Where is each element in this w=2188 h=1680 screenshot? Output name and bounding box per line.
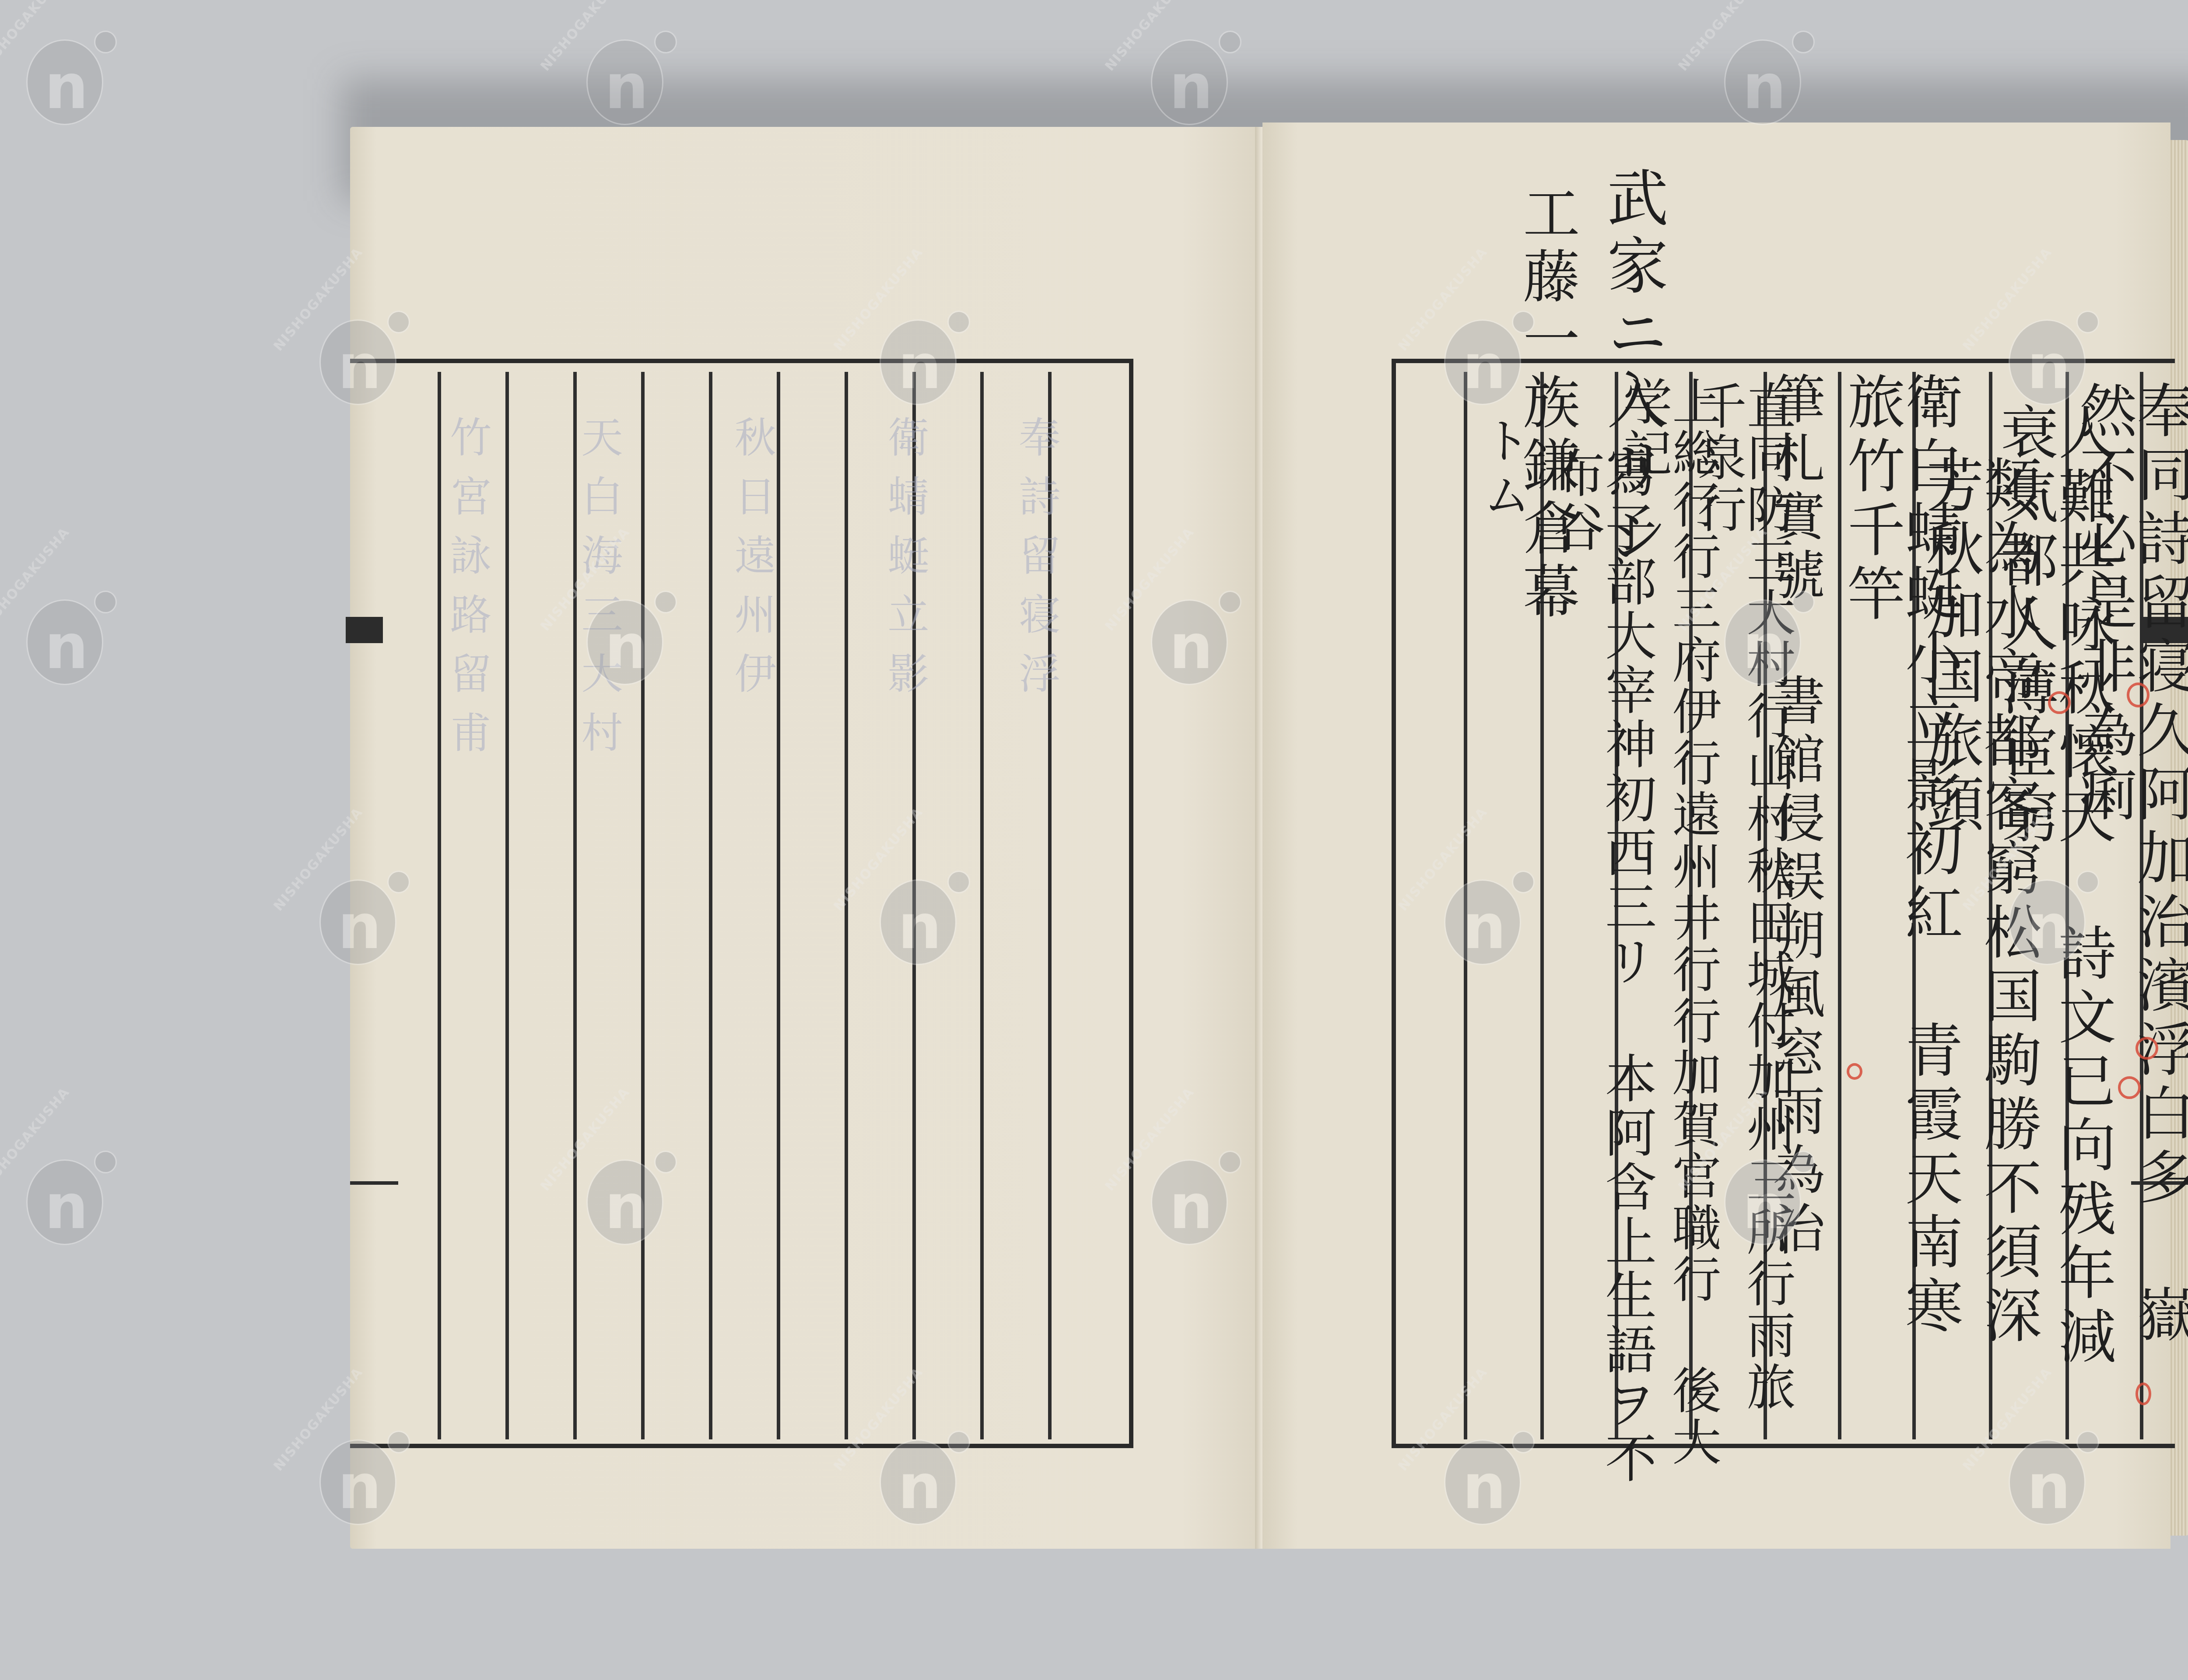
text-column-4: 衛白蜻蜓小立影初紅 青霞天南寒旅竹千竿: [1842, 372, 1958, 1378]
red-seal-mark: [2118, 1076, 2141, 1099]
nishogakusha-watermark-icon: nNISHOGAKUSHA: [1711, 582, 1812, 682]
column-rule: [709, 372, 712, 1439]
nishogakusha-watermark-icon: nNISHOGAKUSHA: [1431, 1422, 1532, 1522]
nishogakusha-watermark-icon: nNISHOGAKUSHA: [306, 1422, 407, 1522]
left-page-bleed-through-text: 秋日遠州伊: [722, 416, 782, 1378]
text-column-8: 寫子部大宰神初西三リ 本阿含上生語ヲ不布谷: [1549, 446, 1652, 1496]
red-seal-mark: [2135, 1037, 2158, 1060]
nishogakusha-watermark-icon: nNISHOGAKUSHA: [1138, 582, 1238, 682]
nishogakusha-watermark-icon: nNISHOGAKUSHA: [1995, 862, 2096, 962]
nishogakusha-watermark-icon: nNISHOGAKUSHA: [13, 582, 114, 682]
column-rule: [641, 372, 645, 1439]
nishogakusha-watermark-icon: nNISHOGAKUSHA: [1995, 1422, 2096, 1522]
nishogakusha-watermark-icon: nNISHOGAKUSHA: [13, 1142, 114, 1242]
red-seal-mark: [2135, 1382, 2151, 1405]
nishogakusha-watermark-icon: nNISHOGAKUSHA: [306, 302, 407, 402]
left-page-tab-marker-lower: [350, 1181, 398, 1185]
left-page-tab-marker: [346, 617, 383, 643]
nishogakusha-watermark-icon: nNISHOGAKUSHA: [13, 22, 114, 122]
nishogakusha-watermark-icon: nNISHOGAKUSHA: [1431, 862, 1532, 962]
nishogakusha-watermark-icon: nNISHOGAKUSHA: [306, 862, 407, 962]
column-rule: [505, 372, 509, 1439]
nishogakusha-watermark-icon: nNISHOGAKUSHA: [1431, 302, 1532, 402]
red-seal-mark: [2127, 682, 2149, 707]
left-page-bleed-through-text: 奉詩留寝浮: [1006, 416, 1066, 1378]
left-page-bleed-through-text: 竹宮詠路留甫: [438, 416, 497, 1378]
nishogakusha-watermark-icon: nNISHOGAKUSHA: [866, 862, 967, 962]
nishogakusha-watermark-icon: nNISHOGAKUSHA: [1138, 22, 1238, 122]
nishogakusha-watermark-icon: nNISHOGAKUSHA: [1711, 1142, 1812, 1242]
nishogakusha-watermark-icon: nNISHOGAKUSHA: [573, 1142, 674, 1242]
nishogakusha-watermark-icon: nNISHOGAKUSHA: [1711, 22, 1812, 122]
nishogakusha-watermark-icon: nNISHOGAKUSHA: [573, 22, 674, 122]
nishogakusha-watermark-icon: nNISHOGAKUSHA: [1995, 302, 2096, 402]
text-column-9: トム: [1479, 416, 1527, 524]
red-seal-mark: [2048, 691, 2071, 714]
nishogakusha-watermark-icon: nNISHOGAKUSHA: [866, 1422, 967, 1522]
nishogakusha-watermark-icon: nNISHOGAKUSHA: [866, 302, 967, 402]
nishogakusha-watermark-icon: nNISHOGAKUSHA: [573, 582, 674, 682]
red-seal-mark: [1847, 1063, 1862, 1080]
nishogakusha-watermark-icon: nNISHOGAKUSHA: [1138, 1142, 1238, 1242]
column-rule: [980, 372, 984, 1439]
